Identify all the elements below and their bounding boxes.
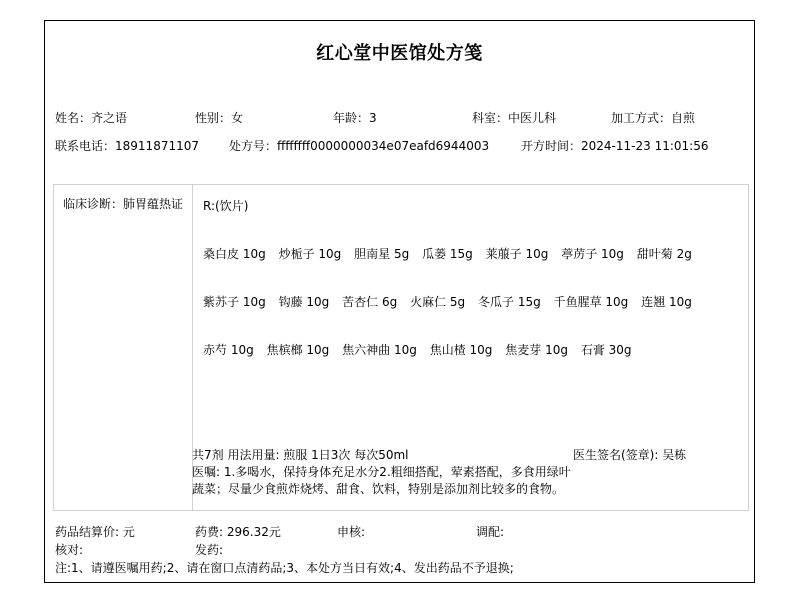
advice-text: 1.多喝水，保持身体充足水分2.粗细搭配，荤素搭配，多食用绿叶蔬菜；尽量少食煎炸…	[192, 465, 571, 496]
phone: 18911871107	[115, 139, 199, 153]
settle-price: 元	[123, 525, 135, 539]
settle-price-label: 药品结算价:	[55, 525, 123, 539]
herb-item: 焦槟榔 10g	[267, 341, 330, 358]
herb-item: 焦麦芽 10g	[505, 341, 568, 358]
settle-price-field: 药品结算价: 元	[55, 523, 135, 540]
herb-item: 连翘 10g	[641, 293, 692, 310]
gender-label: 性别：	[195, 111, 231, 125]
prescription-sheet: 红心堂中医馆处方笺 姓名：齐之语 性别：女 年龄：3 科室：中医儿科 加工方式：…	[44, 20, 755, 583]
patient-name-label: 姓名：	[55, 111, 91, 125]
herb-item: 火麻仁 5g	[410, 293, 465, 310]
rx-header: R:(饮片)	[203, 197, 248, 214]
fee-field: 药费: 296.32元	[195, 523, 281, 540]
issue-label: 发药:	[195, 541, 223, 558]
medical-advice: 医嘱: 1.多喝水，保持身体充足水分2.粗细搭配，荤素搭配，多食用绿叶蔬菜；尽量…	[192, 464, 574, 498]
herb-item: 千鱼腥草 10g	[554, 293, 629, 310]
check-label: 核对:	[55, 541, 83, 558]
department: 中医儿科	[508, 111, 556, 125]
patient-name: 齐之语	[91, 111, 127, 125]
herb-item: 瓜蒌 15g	[422, 245, 473, 262]
usage-instructions: 共7剂 用法用量: 煎服 1日3次 每次50ml	[192, 446, 572, 463]
phone-field: 联系电话：18911871107	[55, 137, 199, 154]
age-label: 年龄：	[333, 111, 369, 125]
herb-item: 石膏 30g	[581, 341, 632, 358]
diagnosis-value: 肺胃蕴热证	[123, 197, 183, 211]
herb-item: 甜叶菊 2g	[637, 245, 692, 262]
age-field: 年龄：3	[333, 109, 377, 126]
patient-name-field: 姓名：齐之语	[55, 109, 127, 126]
herb-item: 苦杏仁 6g	[342, 293, 397, 310]
herb-item: 葶苈子 10g	[561, 245, 624, 262]
rx-number-field: 处方号：ffffffff0000000034e07eafd6944003	[229, 137, 489, 154]
advice-label: 医嘱:	[192, 465, 224, 479]
herb-item: 炒栀子 10g	[279, 245, 342, 262]
fee: 296.32元	[227, 525, 281, 539]
doctor-name: 吴栋	[662, 448, 686, 462]
dispense-label: 调配:	[476, 523, 504, 540]
processing: 自煎	[671, 111, 695, 125]
department-label: 科室：	[472, 111, 508, 125]
gender-field: 性别：女	[195, 109, 243, 126]
herb-item: 莱菔子 10g	[486, 245, 549, 262]
herb-item: 紫苏子 10g	[203, 293, 266, 310]
fee-label: 药费:	[195, 525, 227, 539]
herb-item: 冬瓜子 15g	[478, 293, 541, 310]
processing-label: 加工方式：	[611, 111, 671, 125]
footer-notes: 注:1、请遵医嘱用药;2、请在窗口点清药品;3、本处方当日有效;4、发出药品不予…	[55, 559, 514, 576]
herb-item: 焦山楂 10g	[430, 341, 493, 358]
doctor-signature: 医生签名(签章): 吴栋	[573, 446, 686, 463]
phone-label: 联系电话：	[55, 139, 115, 153]
herb-line-3: 赤芍 10g 焦槟榔 10g 焦六神曲 10g 焦山楂 10g 焦麦芽 10g …	[203, 341, 641, 358]
herb-line-1: 桑白皮 10g 炒栀子 10g 胆南星 5g 瓜蒌 15g 莱菔子 10g 葶苈…	[203, 245, 701, 262]
rx-time: 2024-11-23 11:01:56	[581, 139, 708, 153]
department-field: 科室：中医儿科	[472, 109, 556, 126]
gender: 女	[231, 111, 243, 125]
doctor-signature-label: 医生签名(签章):	[573, 448, 662, 462]
diagnosis: 临床诊断：肺胃蕴热证	[63, 196, 185, 213]
herb-item: 焦六神曲 10g	[342, 341, 417, 358]
processing-field: 加工方式：自煎	[611, 109, 695, 126]
age: 3	[369, 111, 377, 125]
rx-number: ffffffff0000000034e07eafd6944003	[277, 139, 489, 153]
herb-item: 钩藤 10g	[279, 293, 330, 310]
rx-number-label: 处方号：	[229, 139, 277, 153]
herb-item: 赤芍 10g	[203, 341, 254, 358]
page-title: 红心堂中医馆处方笺	[45, 39, 754, 65]
diagnosis-label: 临床诊断：	[63, 197, 123, 211]
herb-item: 胆南星 5g	[354, 245, 409, 262]
review-label: 申核:	[337, 523, 365, 540]
rx-time-field: 开方时间：2024-11-23 11:01:56	[521, 137, 708, 154]
herb-item: 桑白皮 10g	[203, 245, 266, 262]
rx-time-label: 开方时间：	[521, 139, 581, 153]
herb-line-2: 紫苏子 10g 钩藤 10g 苦杏仁 6g 火麻仁 5g 冬瓜子 15g 千鱼腥…	[203, 293, 701, 310]
